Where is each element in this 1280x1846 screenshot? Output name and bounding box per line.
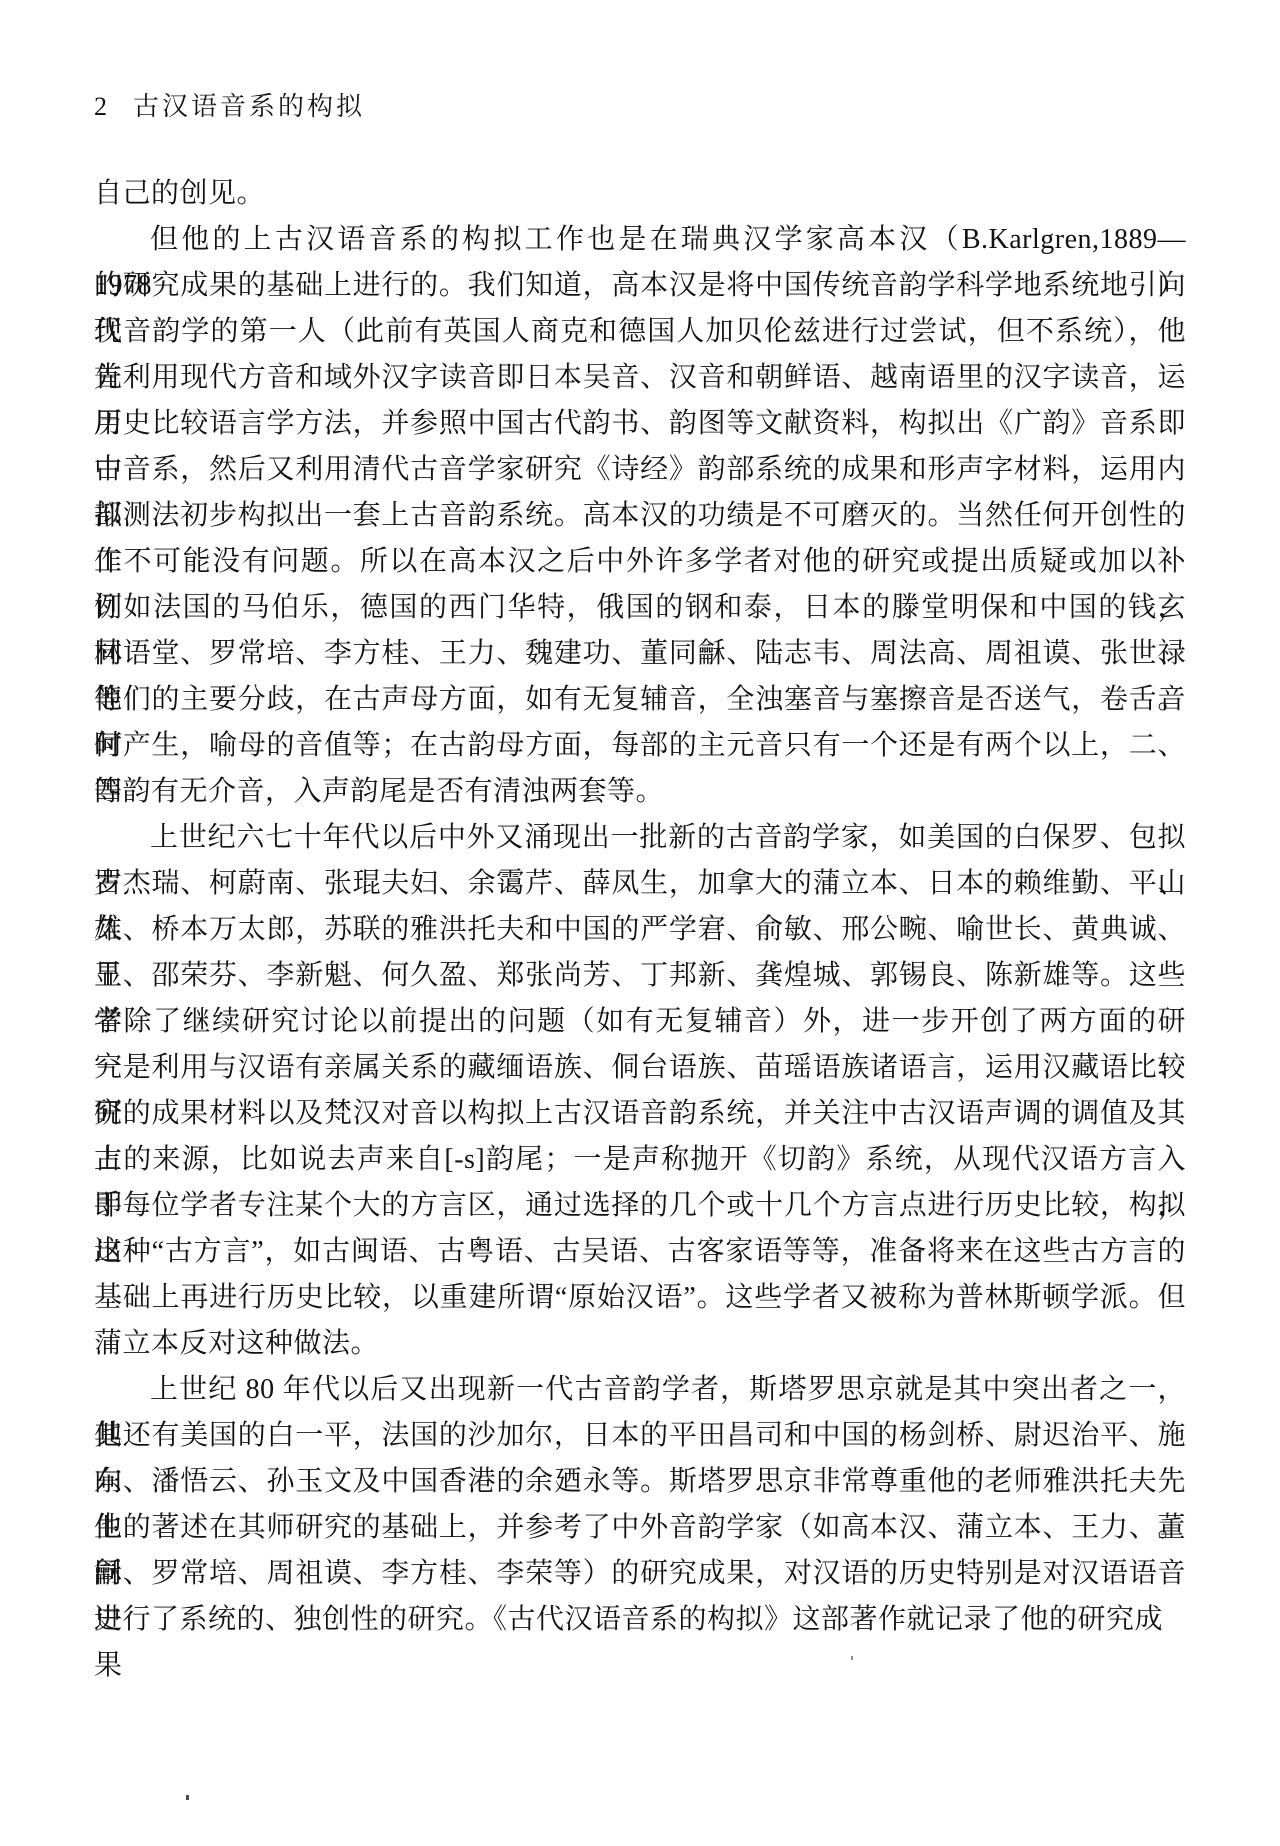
text-line: 即每位学者专注某个大的方言区，通过选择的几个或十几个方言点进行历史比较，构拟出	[94, 1183, 1186, 1229]
text-line: 例如法国的马伯乐，德国的西门华特，俄国的钢和泰，日本的滕堂明保和中国的钱玄同、	[94, 585, 1186, 631]
text-line: 究的成果材料以及梵汉对音以构拟上古汉语音韵系统，并关注中古汉语声调的调值及其上	[94, 1091, 1186, 1137]
text-line: 古音系，然后又利用清代古音学家研究《诗经》韵部系统的成果和形声字材料，运用内部	[94, 447, 1186, 493]
running-title: 古汉语音系的构拟	[133, 92, 365, 121]
text-line: 自己的创见。	[94, 171, 1186, 217]
body-text: 自己的创见。但他的上古汉语音系的构拟工作也是在瑞典汉学家高本汉（B.Karlgr…	[94, 171, 1186, 1643]
text-line: 一是利用与汉语有亲属关系的藏缅语族、侗台语族、苗瑶语族诸语言，运用汉藏语比较研	[94, 1045, 1186, 1091]
text-line: 先利用现代方音和域外汉字读音即日本吴音、汉音和朝鲜语、越南语里的汉字读音，运用	[94, 355, 1186, 401]
text-line: 代音韵学的第一人（此前有英国人商克和德国人加贝伦兹进行过尝试，但不系统），他首	[94, 309, 1186, 355]
text-line: 他还有美国的白一平，法国的沙加尔，日本的平田昌司和中国的杨剑桥、尉迟治平、施向	[94, 1413, 1186, 1459]
text-line: 他们的主要分歧，在古声母方面，如有无复辅音，全浊塞音与塞擦音是否送气，卷舌音何	[94, 677, 1186, 723]
text-line: 者除了继续研究讨论以前提出的问题（如有无复辅音）外，进一步开创了两方面的研究：	[94, 999, 1186, 1045]
text-line: 上世纪六七十年代以后中外又涌现出一批新的古音韵学家，如美国的白保罗、包拟古、	[94, 815, 1186, 861]
book-page: 2古汉语音系的构拟 自己的创见。但他的上古汉语音系的构拟工作也是在瑞典汉学家高本…	[0, 0, 1280, 1846]
text-line: 古的来源，比如说去声来自[-s]韵尾；一是声称抛开《切韵》系统，从现代汉语方言入…	[94, 1137, 1186, 1183]
text-line: 东、潘悟云、孙玉文及中国香港的余廼永等。斯塔罗思京非常尊重他的老师雅洪托夫先生。	[94, 1459, 1186, 1505]
text-line: 历史比较语言学方法，并参照中国古代韵书、韵图等文献资料，构拟出《广韵》音系即中	[94, 401, 1186, 447]
text-line: 他的著述在其师研究的基础上，并参考了中外音韵学家（如高本汉、蒲立本、王力、董同	[94, 1505, 1186, 1551]
text-line: 但他的上古汉语音系的构拟工作也是在瑞典汉学家高本汉（B.Karlgren,188…	[94, 217, 1186, 263]
text-line: 这种“古方言”，如古闽语、古粤语、古吴语、古客家语等等，准备将来在这些古方言的	[94, 1229, 1186, 1275]
text-line: 等韵有无介音，入声韵尾是否有清浊两套等。	[94, 769, 1186, 815]
text-line: 的研究成果的基础上进行的。我们知道，高本汉是将中国传统音韵学科学地系统地引向现	[94, 263, 1186, 309]
scan-speck	[851, 1656, 853, 1660]
text-line: 罗杰瑞、柯蔚南、张琨夫妇、余霭芹、薛凤生，加拿大的蒲立本、日本的赖维勤、平山久	[94, 861, 1186, 907]
text-line: 基础上再进行历史比较，以重建所谓“原始汉语”。这些学者又被称为普林斯顿学派。但	[94, 1275, 1186, 1321]
text-line: 时产生，喻母的音值等；在古韵母方面，每部的主元音只有一个还是有两个以上，二、四	[94, 723, 1186, 769]
scan-speck	[186, 1795, 189, 1800]
text-line: 雄、桥本万太郎，苏联的雅洪托夫和中国的严学宭、俞敏、邢公畹、喻世长、黄典诚、王	[94, 907, 1186, 953]
text-line: 蒲立本反对这种做法。	[94, 1321, 1186, 1367]
text-line: 林语堂、罗常培、李方桂、王力、魏建功、董同龢、陆志韦、周法高、周祖谟、张世禄等。	[94, 631, 1186, 677]
text-line: 拟测法初步构拟出一套上古音韵系统。高本汉的功绩是不可磨灭的。当然任何开创性的工	[94, 493, 1186, 539]
text-line: 进行了系统的、独创性的研究。《古代汉语音系的构拟》这部著作就记录了他的研究成果	[94, 1597, 1186, 1643]
text-line: 显、邵荣芬、李新魁、何久盈、郑张尚芳、丁邦新、龚煌城、郭锡良、陈新雄等。这些学	[94, 953, 1186, 999]
text-line: 龢、罗常培、周祖谟、李方桂、李荣等）的研究成果，对汉语的历史特别是对汉语语音史	[94, 1551, 1186, 1597]
page-header: 2古汉语音系的构拟	[94, 86, 365, 123]
text-line: 上世纪 80 年代以后又出现新一代古音韵学者，斯塔罗思京就是其中突出者之一，其	[94, 1367, 1186, 1413]
text-line: 作不可能没有问题。所以在高本汉之后中外许多学者对他的研究或提出质疑或加以补订，	[94, 539, 1186, 585]
page-number: 2	[94, 92, 107, 121]
